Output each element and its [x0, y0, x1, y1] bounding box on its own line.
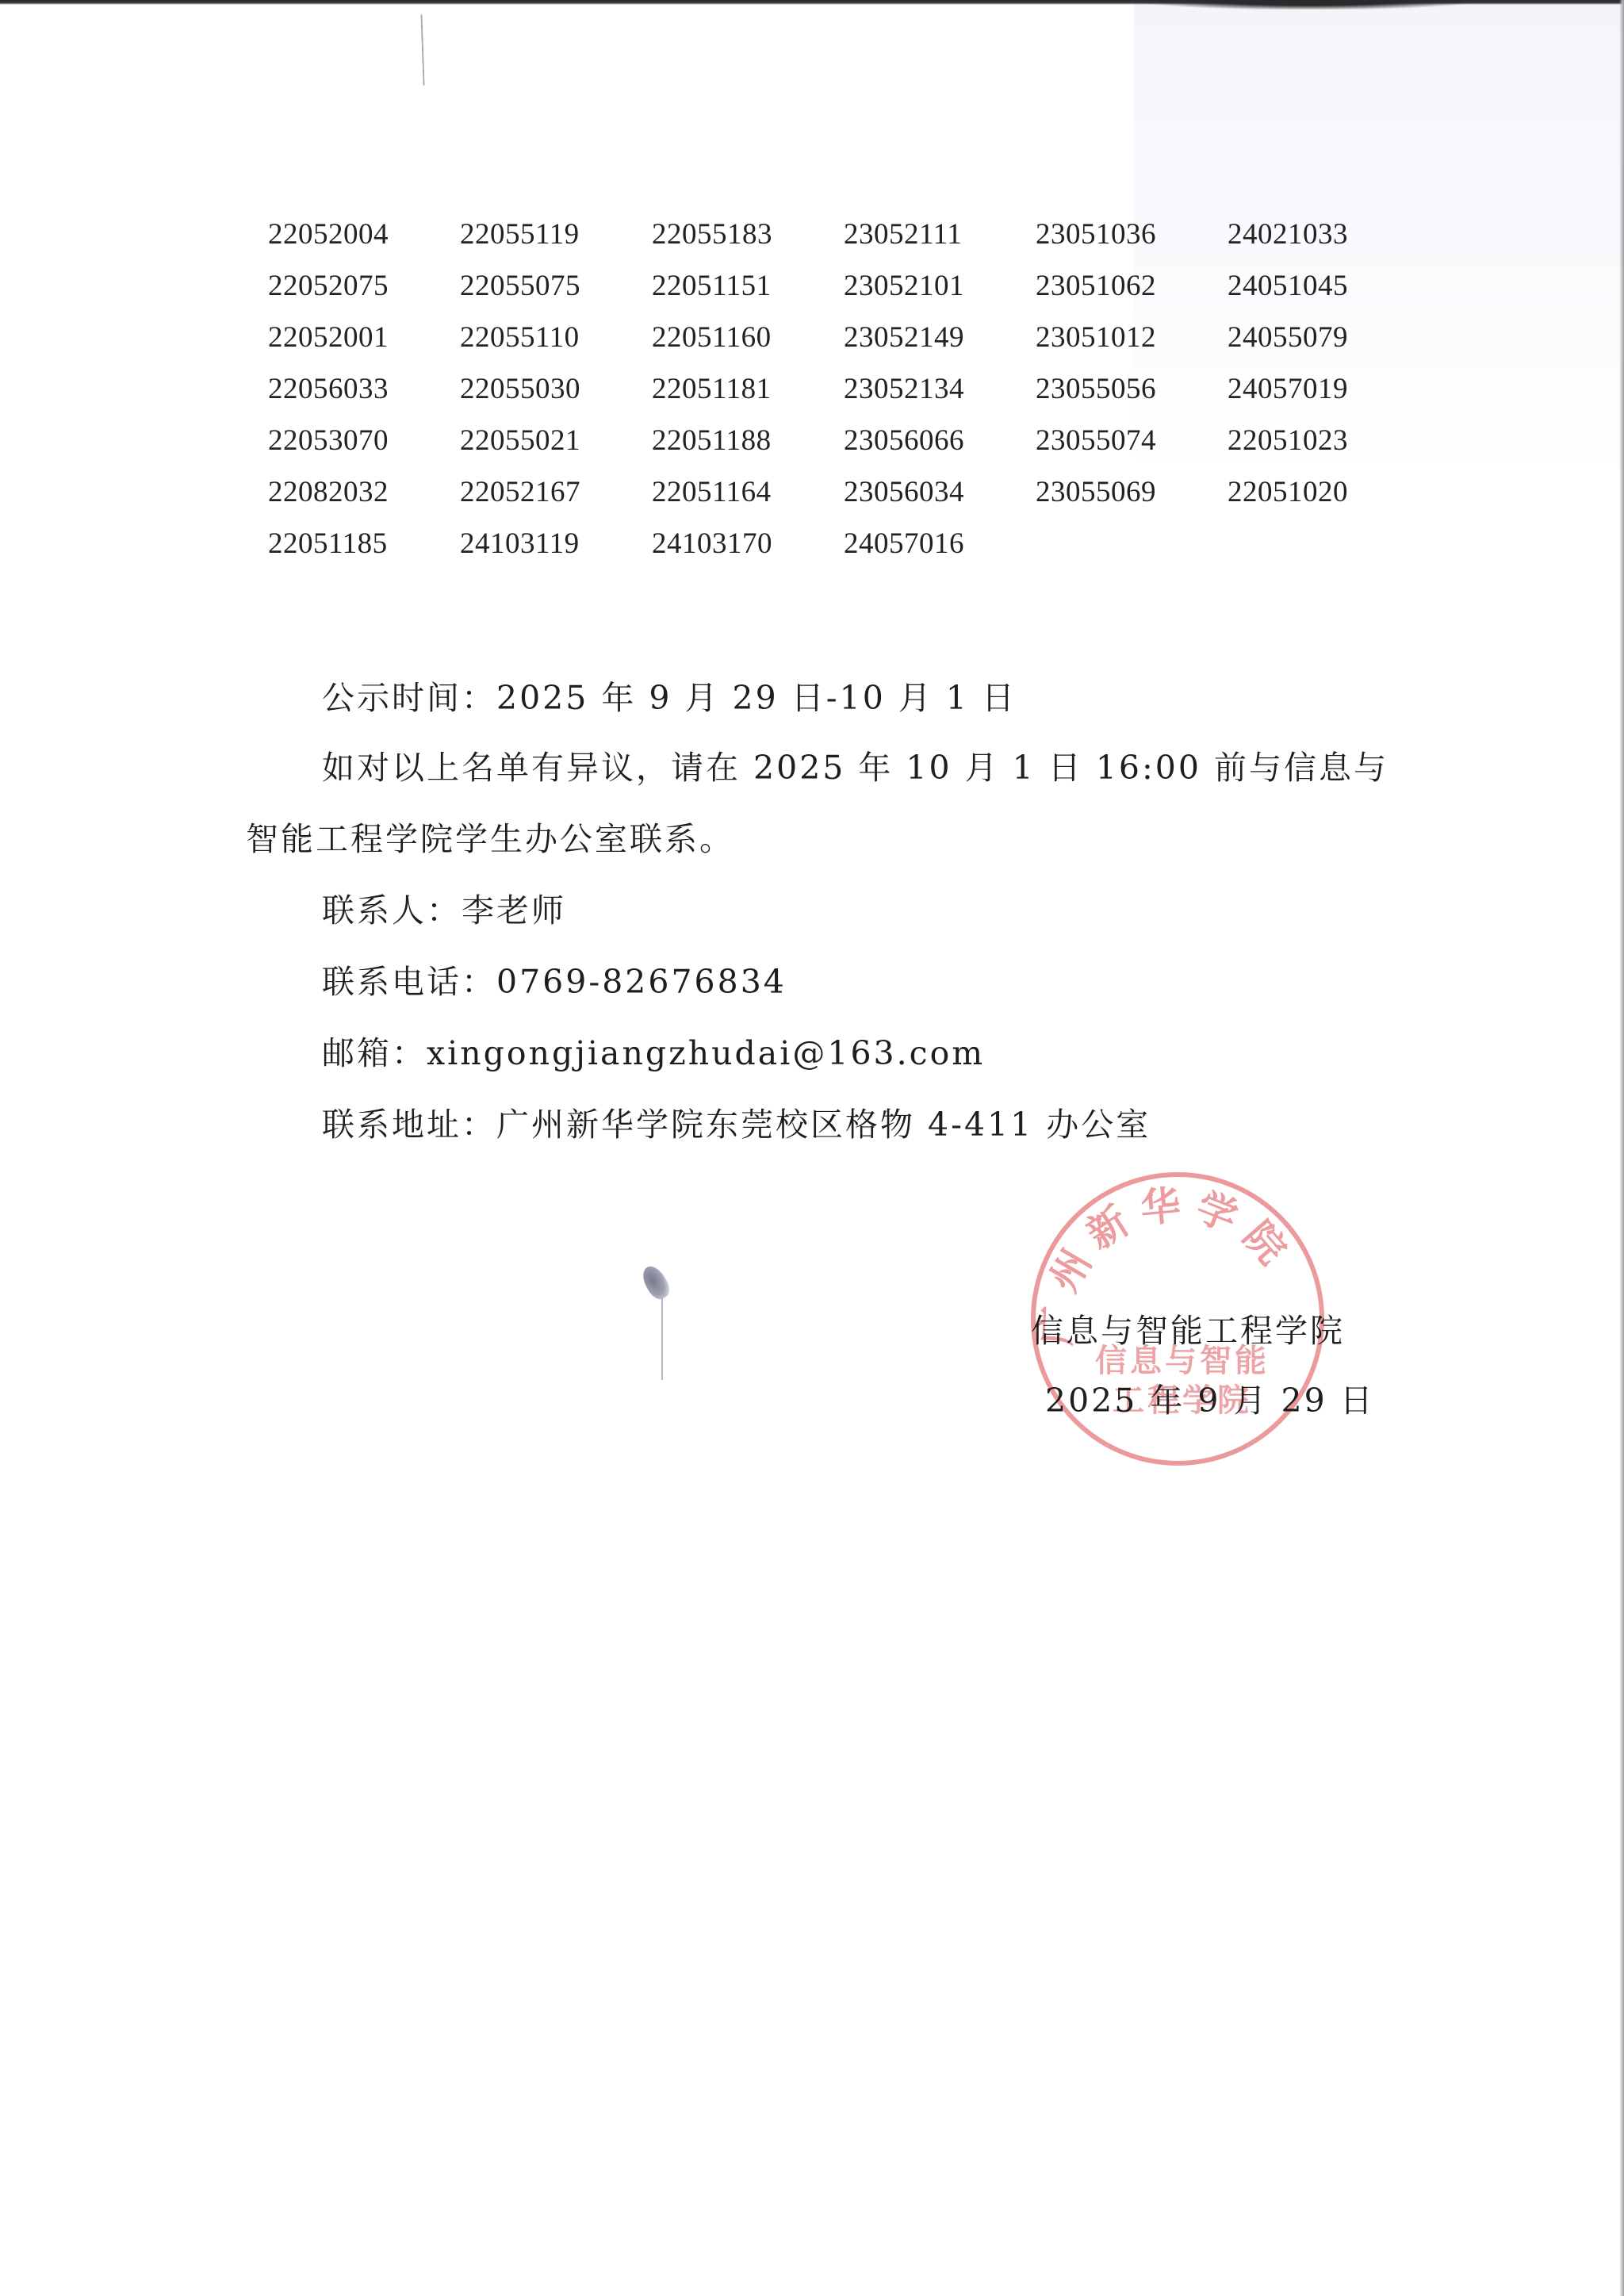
student-id: 22051160 [652, 319, 844, 370]
student-id: 24051045 [1228, 267, 1419, 319]
student-id: 23052149 [844, 319, 1036, 370]
contact-person: 联系人：李老师 [322, 888, 566, 933]
contact-phone: 联系电话：0769-82676834 [322, 960, 787, 1004]
contact-address: 联系地址：广州新华学院东莞校区格物 4-411 办公室 [322, 1102, 1151, 1147]
student-id: 22055110 [460, 319, 652, 370]
contact-email: 邮箱：xingongjiangzhudai@163.com [322, 1031, 985, 1075]
student-id: 23056066 [844, 422, 1036, 473]
student-id: 22082032 [268, 473, 460, 525]
student-id: 22051151 [652, 267, 844, 319]
student-id: 23056034 [844, 473, 1036, 525]
student-id: 23051036 [1036, 216, 1228, 267]
student-id: 22051185 [268, 525, 460, 577]
student-id: 24055079 [1228, 319, 1419, 370]
student-id: 22055183 [652, 216, 844, 267]
issuing-organization: 信息与智能工程学院 [1031, 1309, 1345, 1353]
student-id: 23051062 [1036, 267, 1228, 319]
student-id: 22055030 [460, 370, 652, 422]
student-id: 23052111 [844, 216, 1036, 267]
student-id: 22051164 [652, 473, 844, 525]
student-id: 22051188 [652, 422, 844, 473]
student-id: 23052101 [844, 267, 1036, 319]
scan-top-shadow [1142, 0, 1475, 10]
student-id: 22052004 [268, 216, 460, 267]
student-id: 22055021 [460, 422, 652, 473]
objection-notice-line-1: 如对以上名单有异议，请在 2025 年 10 月 1 日 16:00 前与信息与 [322, 746, 1388, 790]
scan-right-edge [1619, 0, 1624, 2296]
student-id-table: 22052004 22055119 22055183 23052111 2305… [268, 216, 1419, 577]
ink-trail [661, 1297, 663, 1380]
publicity-period: 公示时间：2025 年 9 月 29 日-10 月 1 日 [322, 676, 1017, 720]
student-id: 24057019 [1228, 370, 1419, 422]
student-id: 23055056 [1036, 370, 1228, 422]
student-id: 22051181 [652, 370, 844, 422]
student-id [1036, 525, 1228, 577]
student-id: 22052075 [268, 267, 460, 319]
ink-smudge [644, 1265, 668, 1384]
student-id: 23055074 [1036, 422, 1228, 473]
student-id [1228, 525, 1419, 577]
student-id: 24103119 [460, 525, 652, 577]
student-id: 23051012 [1036, 319, 1228, 370]
student-id: 22055075 [460, 267, 652, 319]
pen-mark [420, 14, 427, 86]
student-id: 24103170 [652, 525, 844, 577]
student-id: 24057016 [844, 525, 1036, 577]
student-id: 22053070 [268, 422, 460, 473]
student-id: 22051020 [1228, 473, 1419, 525]
issue-date: 2025 年 9 月 29 日 [1045, 1378, 1375, 1423]
student-id: 22051023 [1228, 422, 1419, 473]
objection-notice-line-2: 智能工程学院学生办公室联系。 [246, 817, 734, 861]
student-id: 22056033 [268, 370, 460, 422]
student-id: 22052001 [268, 319, 460, 370]
student-id: 22052167 [460, 473, 652, 525]
ink-blob [638, 1262, 674, 1302]
student-id: 23055069 [1036, 473, 1228, 525]
student-id: 24021033 [1228, 216, 1419, 267]
student-id: 23052134 [844, 370, 1036, 422]
student-id: 22055119 [460, 216, 652, 267]
